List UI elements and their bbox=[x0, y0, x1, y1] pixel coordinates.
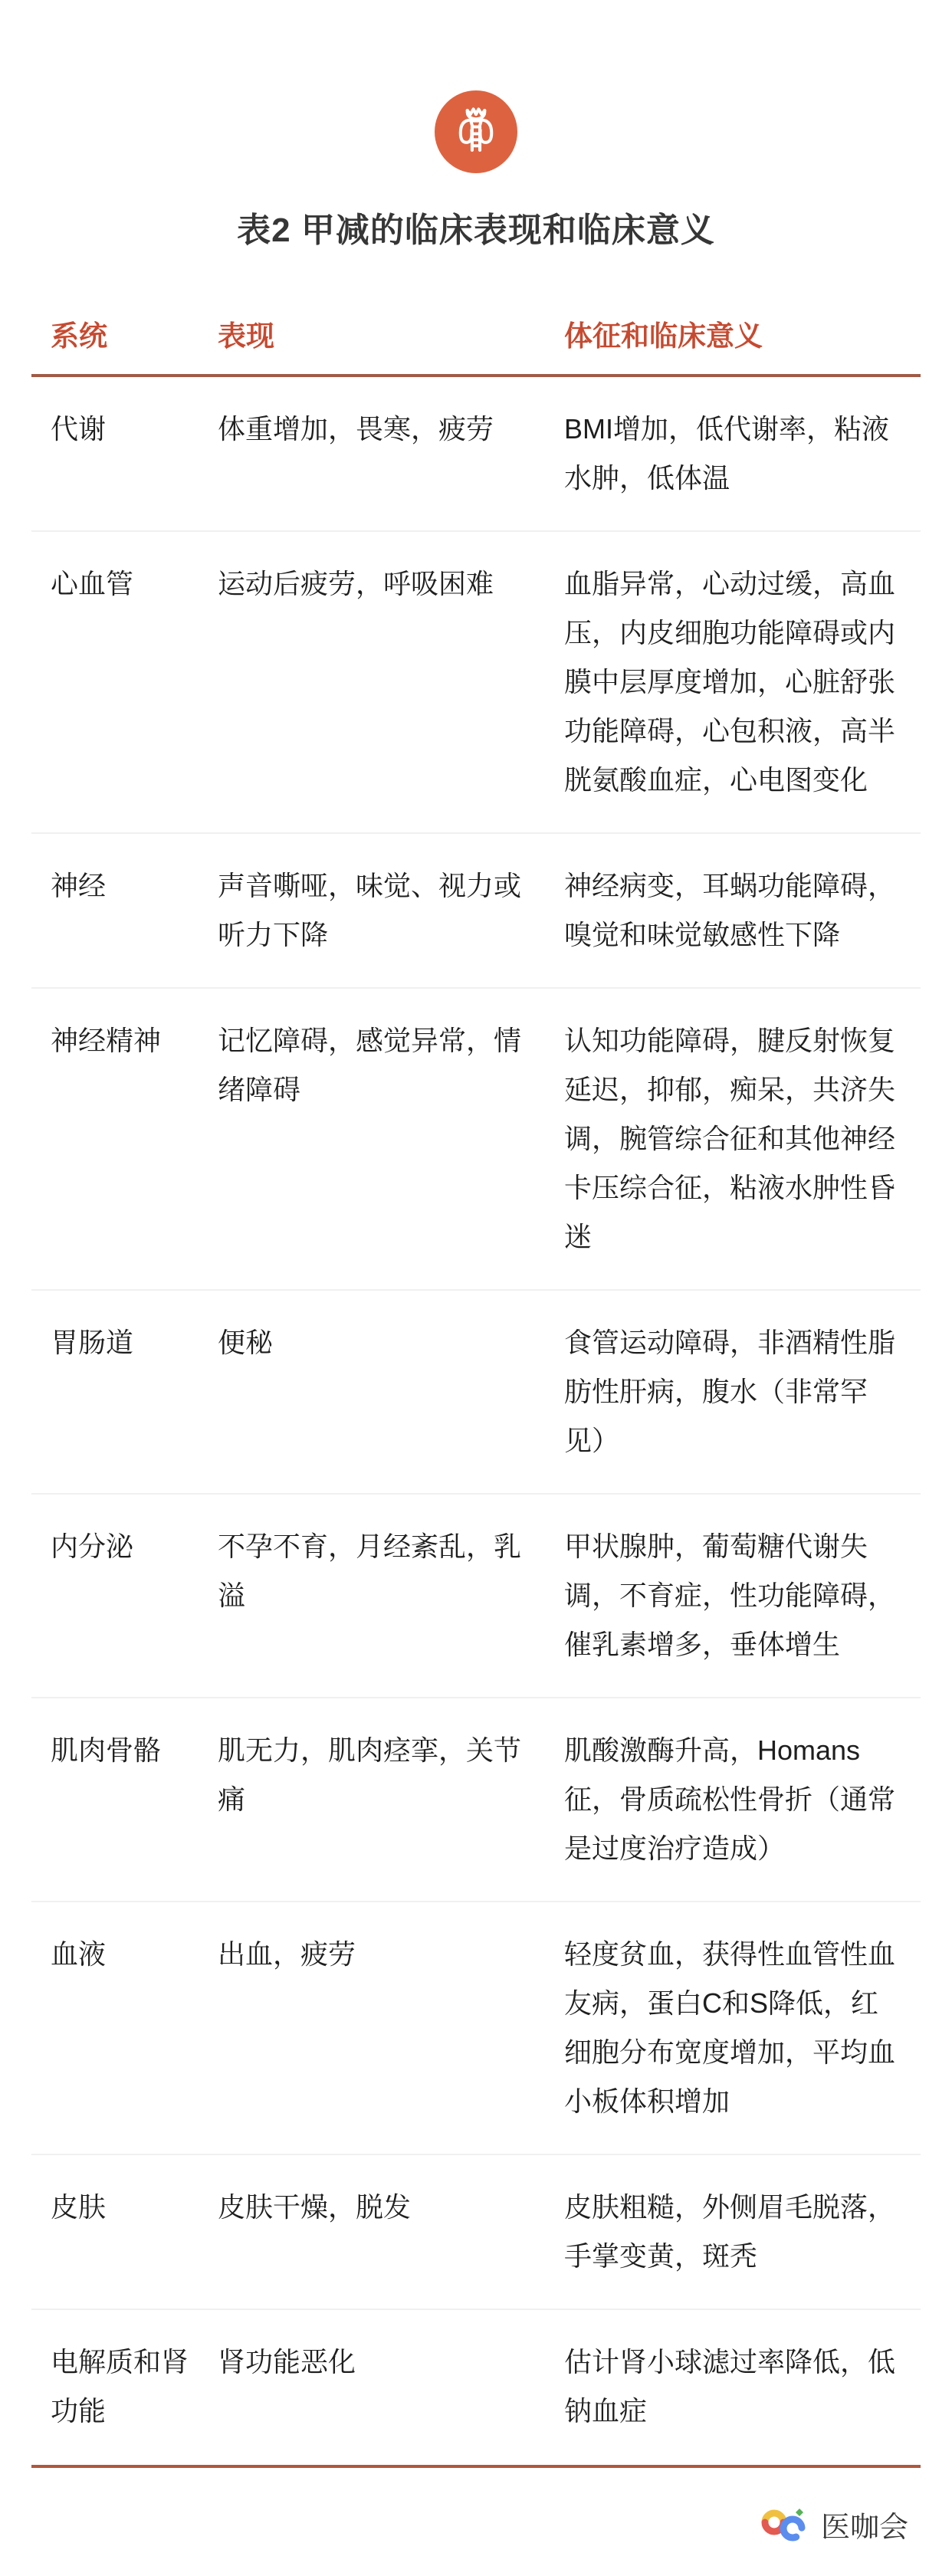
significance-cell: 神经病变，耳蜗功能障碍，嗅觉和味觉敏感性下降 bbox=[564, 861, 921, 960]
clinical-table: 系统 表现 体征和临床意义 代谢 体重增加，畏寒，疲劳 BMI增加，低代谢率，粘… bbox=[31, 299, 921, 2468]
significance-text: 认知功能障碍，腱反射恢复延迟，抑郁，痴呆，共济失调，腕管综合征和其他神经卡压综合… bbox=[564, 1025, 895, 1252]
significance-text: 皮肤粗糙，外侧眉毛脱落，手掌变黄，斑秃 bbox=[564, 2191, 895, 2272]
system-cell: 胃肠道 bbox=[51, 1318, 218, 1465]
significance-cell: 血脂异常，心动过缓，高血压，内皮细胞功能障碍或内膜中层厚度增加，心脏舒张功能障碍… bbox=[564, 560, 921, 805]
significance-text: 甲状腺肿，葡萄糖代谢失调，不育症，性功能障碍，催乳素增多，垂体增生 bbox=[564, 1531, 895, 1660]
system-cell: 代谢 bbox=[51, 405, 218, 503]
table-row: 神经 声音嘶哑，味觉、视力或听力下降 神经病变，耳蜗功能障碍，嗅觉和味觉敏感性下… bbox=[31, 834, 921, 989]
table-bottom-divider bbox=[31, 2465, 921, 2468]
footer: 医咖会 bbox=[31, 2503, 908, 2545]
significance-cell: 肌酸激酶升高，Homans征，骨质疏松性骨折（通常是过度治疗造成） bbox=[564, 1726, 921, 1873]
manifestation-cell: 出血，疲劳 bbox=[218, 1930, 564, 2126]
significance-cell: 食管运动障碍，非酒精性脂肪性肝病，腹水（非常罕见） bbox=[564, 1318, 921, 1465]
system-cell: 神经精神 bbox=[51, 1016, 218, 1262]
manifestation-cell: 皮肤干燥，脱发 bbox=[218, 2183, 564, 2281]
system-text: 血液 bbox=[51, 1938, 106, 1970]
manifestation-cell: 肾功能恶化 bbox=[218, 2338, 564, 2436]
manifestation-cell: 记忆障碍，感觉异常，情绪障碍 bbox=[218, 1016, 564, 1262]
system-text: 内分泌 bbox=[51, 1531, 133, 1562]
significance-text: 神经病变，耳蜗功能障碍，嗅觉和味觉敏感性下降 bbox=[564, 870, 895, 950]
manifestation-text: 体重增加，畏寒，疲劳 bbox=[218, 413, 494, 445]
table-row: 皮肤 皮肤干燥，脱发 皮肤粗糙，外侧眉毛脱落，手掌变黄，斑秃 bbox=[31, 2155, 921, 2310]
significance-text: 肌酸激酶升高，Homans征，骨质疏松性骨折（通常是过度治疗造成） bbox=[564, 1734, 895, 1864]
logo-wrap bbox=[31, 90, 921, 173]
manifestation-cell: 声音嘶哑，味觉、视力或听力下降 bbox=[218, 861, 564, 960]
brand-name: 医咖会 bbox=[821, 2503, 908, 2545]
page-title: 表2 甲减的临床表现和临床意义 bbox=[31, 202, 921, 251]
system-cell: 心血管 bbox=[51, 560, 218, 805]
system-text: 胃肠道 bbox=[51, 1327, 133, 1358]
chain-links-icon bbox=[757, 2504, 810, 2545]
significance-cell: 甲状腺肿，葡萄糖代谢失调，不育症，性功能障碍，催乳素增多，垂体增生 bbox=[564, 1522, 921, 1669]
manifestation-text: 不孕不育，月经紊乱，乳溢 bbox=[218, 1531, 521, 1611]
system-cell: 肌肉骨骼 bbox=[51, 1726, 218, 1873]
manifestation-cell: 运动后疲劳，呼吸困难 bbox=[218, 560, 564, 805]
manifestation-text: 运动后疲劳，呼吸困难 bbox=[218, 568, 494, 599]
manifestation-cell: 肌无力，肌肉痉挛，关节痛 bbox=[218, 1726, 564, 1873]
table-row: 胃肠道 便秘 食管运动障碍，非酒精性脂肪性肝病，腹水（非常罕见） bbox=[31, 1291, 921, 1495]
table-header-row: 系统 表现 体征和临床意义 bbox=[31, 299, 921, 377]
significance-cell: 皮肤粗糙，外侧眉毛脱落，手掌变黄，斑秃 bbox=[564, 2183, 921, 2281]
system-text: 代谢 bbox=[51, 413, 106, 445]
manifestation-cell: 不孕不育，月经紊乱，乳溢 bbox=[218, 1522, 564, 1669]
significance-cell: 估计肾小球滤过率降低，低钠血症 bbox=[564, 2338, 921, 2436]
manifestation-text: 出血，疲劳 bbox=[218, 1938, 356, 1970]
system-cell: 皮肤 bbox=[51, 2183, 218, 2281]
thyroid-logo-badge bbox=[435, 90, 517, 173]
manifestation-text: 皮肤干燥，脱发 bbox=[218, 2191, 411, 2223]
significance-text: 轻度贫血，获得性血管性血友病，蛋白C和S降低，红细胞分布宽度增加，平均血小板体积… bbox=[564, 1938, 895, 2117]
manifestation-text: 声音嘶哑，味觉、视力或听力下降 bbox=[218, 870, 521, 950]
header-system: 系统 bbox=[51, 313, 218, 354]
system-text: 心血管 bbox=[51, 568, 133, 599]
system-cell: 内分泌 bbox=[51, 1522, 218, 1669]
manifestation-text: 肌无力，肌肉痉挛，关节痛 bbox=[218, 1734, 521, 1815]
system-cell: 血液 bbox=[51, 1930, 218, 2126]
manifestation-text: 便秘 bbox=[218, 1327, 273, 1358]
table-row: 肌肉骨骼 肌无力，肌肉痉挛，关节痛 肌酸激酶升高，Homans征，骨质疏松性骨折… bbox=[31, 1698, 921, 1902]
system-text: 神经 bbox=[51, 870, 106, 901]
table-row: 代谢 体重增加，畏寒，疲劳 BMI增加，低代谢率，粘液水肿，低体温 bbox=[31, 377, 921, 532]
system-text: 肌肉骨骼 bbox=[51, 1734, 161, 1766]
table-row: 内分泌 不孕不育，月经紊乱，乳溢 甲状腺肿，葡萄糖代谢失调，不育症，性功能障碍，… bbox=[31, 1495, 921, 1698]
table-body: 代谢 体重增加，畏寒，疲劳 BMI增加，低代谢率，粘液水肿，低体温 心血管 运动… bbox=[31, 377, 921, 2463]
significance-cell: 轻度贫血，获得性血管性血友病，蛋白C和S降低，红细胞分布宽度增加，平均血小板体积… bbox=[564, 1930, 921, 2126]
system-cell: 神经 bbox=[51, 861, 218, 960]
infographic-page: 表2 甲减的临床表现和临床意义 系统 表现 体征和临床意义 代谢 体重增加，畏寒… bbox=[0, 0, 952, 2545]
significance-text: BMI增加，低代谢率，粘液水肿，低体温 bbox=[564, 413, 889, 494]
manifestation-text: 肾功能恶化 bbox=[218, 2346, 356, 2377]
significance-cell: BMI增加，低代谢率，粘液水肿，低体温 bbox=[564, 405, 921, 503]
significance-text: 血脂异常，心动过缓，高血压，内皮细胞功能障碍或内膜中层厚度增加，心脏舒张功能障碍… bbox=[564, 568, 895, 796]
manifestation-cell: 便秘 bbox=[218, 1318, 564, 1465]
significance-text: 估计肾小球滤过率降低，低钠血症 bbox=[564, 2346, 895, 2427]
header-significance: 体征和临床意义 bbox=[564, 313, 921, 354]
manifestation-cell: 体重增加，畏寒，疲劳 bbox=[218, 405, 564, 503]
table-row: 心血管 运动后疲劳，呼吸困难 血脂异常，心动过缓，高血压，内皮细胞功能障碍或内膜… bbox=[31, 532, 921, 834]
significance-text: 食管运动障碍，非酒精性脂肪性肝病，腹水（非常罕见） bbox=[564, 1327, 895, 1456]
significance-cell: 认知功能障碍，腱反射恢复延迟，抑郁，痴呆，共济失调，腕管综合征和其他神经卡压综合… bbox=[564, 1016, 921, 1262]
system-cell: 电解质和肾功能 bbox=[51, 2338, 218, 2436]
system-text: 皮肤 bbox=[51, 2191, 106, 2223]
table-row: 电解质和肾功能 肾功能恶化 估计肾小球滤过率降低，低钠血症 bbox=[31, 2310, 921, 2463]
system-text: 神经精神 bbox=[51, 1025, 161, 1056]
table-row: 神经精神 记忆障碍，感觉异常，情绪障碍 认知功能障碍，腱反射恢复延迟，抑郁，痴呆… bbox=[31, 989, 921, 1291]
header-manifestation: 表现 bbox=[218, 313, 564, 354]
table-row: 血液 出血，疲劳 轻度贫血，获得性血管性血友病，蛋白C和S降低，红细胞分布宽度增… bbox=[31, 1902, 921, 2155]
manifestation-text: 记忆障碍，感觉异常，情绪障碍 bbox=[218, 1025, 521, 1105]
system-text: 电解质和肾功能 bbox=[51, 2346, 189, 2427]
thyroid-icon bbox=[448, 103, 504, 162]
